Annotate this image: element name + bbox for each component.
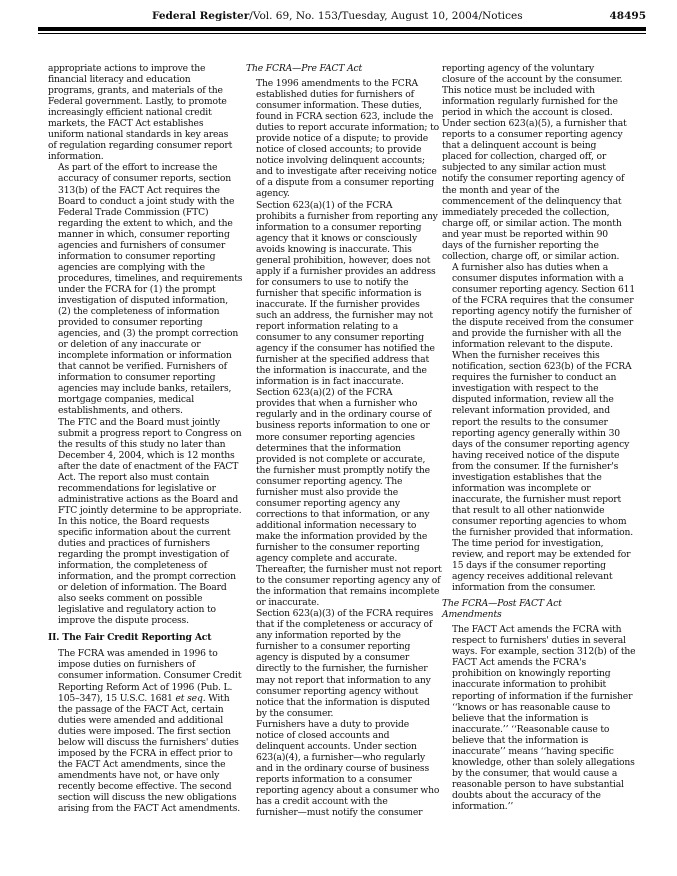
text-line: procedures, timelines, and requirements bbox=[48, 273, 240, 284]
text-line: duties and practices of furnishers bbox=[48, 538, 240, 549]
text-line: agencies, and (3) the prompt correction bbox=[48, 328, 240, 339]
text-line: consumer reporting agency any bbox=[246, 498, 438, 509]
text-line: incomplete information or information bbox=[48, 350, 240, 361]
text-line: notice that the information is disputed bbox=[246, 697, 438, 708]
text-line: regularly and in the ordinary course of bbox=[246, 409, 438, 420]
text-line: that a delinquent account is being bbox=[442, 140, 642, 151]
text-line: accuracy of consumer reports, section bbox=[48, 173, 240, 184]
text-line: duties were imposed. The first section bbox=[48, 726, 240, 737]
text-line: investigation of disputed information, bbox=[48, 295, 240, 306]
running-head-title: Federal Register/Vol. 69, No. 153/Tuesda… bbox=[152, 10, 523, 22]
text-line: information, and the prompt correction bbox=[48, 571, 240, 582]
text-line: delinquent accounts. Under section bbox=[246, 741, 438, 752]
text-line: prohibition on knowingly reporting bbox=[442, 668, 642, 679]
text-line: reports information to a consumer bbox=[246, 774, 438, 785]
text-line: or deletion of any inaccurate or bbox=[48, 339, 240, 350]
text-line: corrections to that information, or any bbox=[246, 509, 438, 520]
text-line: Furnishers have a duty to provide bbox=[246, 719, 438, 730]
text-line: uniform national standards in key areas bbox=[48, 129, 240, 140]
text-line: improve the dispute process. bbox=[48, 615, 240, 626]
text-line: any information reported by the bbox=[246, 630, 438, 641]
text-line: Federal government. Lastly, to promote bbox=[48, 96, 240, 107]
paragraph: Section 623(a)(3) of the FCRA requiresth… bbox=[246, 608, 438, 718]
text-line: the information that remains incomplete bbox=[246, 586, 438, 597]
text-line: requires the furnisher to conduct an bbox=[442, 372, 642, 383]
text-line: Under section 623(a)(5), a furnisher tha… bbox=[442, 118, 642, 129]
text-line: When the furnisher receives this bbox=[442, 350, 642, 361]
text-line: respect to furnishers' duties in several bbox=[442, 635, 642, 646]
paragraph: The FCRA was amended in 1996 toimpose du… bbox=[48, 648, 240, 814]
text-line: of regulation regarding consumer report bbox=[48, 140, 240, 151]
text-line: of the FCRA requires that the consumer bbox=[442, 295, 642, 306]
paragraph: The 1996 amendments to the FCRAestablish… bbox=[246, 78, 438, 200]
text-line: mortgage companies, medical bbox=[48, 394, 240, 405]
text-line: recently become effective. The second bbox=[48, 781, 240, 792]
paragraph: Furnishers have a duty to providenotice … bbox=[246, 719, 438, 818]
header-rule-thin bbox=[38, 33, 646, 34]
text-line: information, the completeness of bbox=[48, 560, 240, 571]
text-line: review, and report may be extended for bbox=[442, 549, 642, 560]
text-line: submit a progress report to Congress on bbox=[48, 428, 240, 439]
text-line: by the consumer. bbox=[246, 708, 438, 719]
text-line: A furnisher also has duties when a bbox=[442, 262, 642, 273]
text-line: investigation with respect to the bbox=[442, 383, 642, 394]
text-line: reasonable person to have substantial bbox=[442, 779, 642, 790]
text-line: general prohibition, however, does not bbox=[246, 255, 438, 266]
text-line: the passage of the FACT Act, certain bbox=[48, 704, 240, 715]
text-line: the furnisher provided that information. bbox=[442, 527, 642, 538]
paragraph: Section 623(a)(1) of the FCRAprohibits a… bbox=[246, 200, 438, 388]
text-line: ‘‘knows or has reasonable cause to bbox=[442, 702, 642, 713]
subsection-heading: The FCRA—Pre FACT Act bbox=[246, 63, 438, 74]
text-line: information relevant to the dispute. bbox=[442, 339, 642, 350]
text-line: appropriate actions to improve the bbox=[48, 63, 240, 74]
text-line: collection, charge off, or similar actio… bbox=[442, 251, 642, 262]
paragraph: reporting agency of the voluntaryclosure… bbox=[442, 63, 642, 262]
text-line: notify the consumer reporting agency of bbox=[442, 173, 642, 184]
text-line: placed for collection, charged off, or bbox=[442, 151, 642, 162]
paragraph: The FACT Act amends the FCRA withrespect… bbox=[442, 624, 642, 812]
section-heading: II. The Fair Credit Reporting Act bbox=[48, 632, 240, 643]
text-line: the furnisher must promptly notify the bbox=[246, 465, 438, 476]
text-line: days of the consumer reporting agency bbox=[442, 439, 642, 450]
text-line: imposed by the FCRA in effect prior to bbox=[48, 748, 240, 759]
text-line: 105–347), 15 U.S.C. 1681 et seq. With bbox=[48, 693, 240, 704]
text-line: and provide the furnisher with all the bbox=[442, 328, 642, 339]
page-header: Federal Register/Vol. 69, No. 153/Tuesda… bbox=[38, 0, 646, 60]
text-line: for consumers to use to notify the bbox=[246, 277, 438, 288]
text-line: reports to a consumer reporting agency bbox=[442, 129, 642, 140]
running-head: Federal Register/Vol. 69, No. 153/Tuesda… bbox=[38, 10, 646, 24]
text-line: consumer reporting agency. Section 611 bbox=[442, 284, 642, 295]
text-line: additional information necessary to bbox=[246, 520, 438, 531]
text-line: information. bbox=[48, 151, 240, 162]
text-line: from the consumer. If the furnisher's bbox=[442, 461, 642, 472]
text-line: agencies are complying with the bbox=[48, 262, 240, 273]
text-line: under the FCRA for (1) the prompt bbox=[48, 284, 240, 295]
text-line: provides that when a furnisher who bbox=[246, 398, 438, 409]
text-line: after the date of enactment of the FACT bbox=[48, 461, 240, 472]
text-line: directly to the furnisher, the furnisher bbox=[246, 663, 438, 674]
text-line: Section 623(a)(2) of the FCRA bbox=[246, 387, 438, 398]
text-line: prohibits a furnisher from reporting any bbox=[246, 211, 438, 222]
text-line: Section 623(a)(3) of the FCRA requires bbox=[246, 608, 438, 619]
paragraph: Section 623(a)(2) of the FCRAprovides th… bbox=[246, 387, 438, 608]
text-line: believe that the information is bbox=[442, 713, 642, 724]
text-line: reporting agency of the voluntary bbox=[442, 63, 642, 74]
latin-term: et seq. bbox=[176, 693, 206, 704]
text-line: having received notice of the dispute bbox=[442, 450, 642, 461]
text-line: consumer information. These duties, bbox=[246, 100, 438, 111]
text-line: the results of this study no later than bbox=[48, 439, 240, 450]
text-line: Board to conduct a joint study with the bbox=[48, 196, 240, 207]
text-line: that result to all other nationwide bbox=[442, 505, 642, 516]
text-line: inaccurate.’’ ‘‘Reasonable cause to bbox=[442, 724, 642, 735]
text-line: consumer reporting agencies to whom bbox=[442, 516, 642, 527]
text-line: Thereafter, the furnisher must not repor… bbox=[246, 564, 438, 575]
text-line: regarding the extent to which, and the bbox=[48, 218, 240, 229]
text-line: inaccurate. If the furnisher provides bbox=[246, 299, 438, 310]
text-line: charge off, or similar action. The month bbox=[442, 218, 642, 229]
text-line: establishments, and others. bbox=[48, 405, 240, 416]
text-line: notice of closed accounts; to provide bbox=[246, 144, 438, 155]
text-line: disputed information, review all the bbox=[442, 394, 642, 405]
text-line: consumer reporting agency without bbox=[246, 686, 438, 697]
text-line: duties to report accurate information; t… bbox=[246, 122, 438, 133]
paragraph: As part of the effort to increase theacc… bbox=[48, 162, 240, 416]
text-line: reporting agency generally within 30 bbox=[442, 428, 642, 439]
text-line: This notice must be included with bbox=[442, 85, 642, 96]
text-line: furnisher at the specified address that bbox=[246, 354, 438, 365]
column-2: The FCRA—Pre FACT ActThe 1996 amendments… bbox=[246, 63, 438, 818]
text-line: agency receives additional relevant bbox=[442, 571, 642, 582]
header-rule-thick bbox=[38, 27, 646, 31]
text-line: to the consumer reporting agency any of bbox=[246, 575, 438, 586]
text-line: notice involving delinquent accounts; bbox=[246, 155, 438, 166]
text-line: closure of the account by the consumer. bbox=[442, 74, 642, 85]
text-line: inaccurate, the furnisher must report bbox=[442, 494, 642, 505]
text-line: furnisher must also provide the bbox=[246, 487, 438, 498]
text-line: business reports information to one or bbox=[246, 420, 438, 431]
text-line: period in which the account is closed. bbox=[442, 107, 642, 118]
text-line: The FACT Act amends the FCRA with bbox=[442, 624, 642, 635]
text-line: agency complete and accurate. bbox=[246, 553, 438, 564]
text-line: The FCRA was amended in 1996 to bbox=[48, 648, 240, 659]
text-line: believe that the information is bbox=[442, 735, 642, 746]
text-line: more consumer reporting agencies bbox=[246, 432, 438, 443]
issue-details: /Vol. 69, No. 153/Tuesday, August 10, 20… bbox=[249, 10, 522, 22]
text-line: agencies may include banks, retailers, bbox=[48, 383, 240, 394]
text-line: programs, grants, and materials of the bbox=[48, 85, 240, 96]
text-line: notice of closed accounts and bbox=[246, 730, 438, 741]
text-line: reporting agency about a consumer who bbox=[246, 785, 438, 796]
text-line: that cannot be verified. Furnishers of bbox=[48, 361, 240, 372]
text-line: ways. For example, section 312(b) of the bbox=[442, 646, 642, 657]
text-line: consumer to any consumer reporting bbox=[246, 332, 438, 343]
text-line: inaccurate’’ means ‘‘having specific bbox=[442, 746, 642, 757]
text-line: such an address, the furnisher may not bbox=[246, 310, 438, 321]
text-line: of a dispute from a consumer reporting bbox=[246, 177, 438, 188]
paragraph: In this notice, the Board requestsspecif… bbox=[48, 516, 240, 626]
text-line: recommendations for legislative or bbox=[48, 483, 240, 494]
text-line: the FACT Act amendments, since the bbox=[48, 759, 240, 770]
text-line: 313(b) of the FACT Act requires the bbox=[48, 185, 240, 196]
text-line: duties were amended and additional bbox=[48, 715, 240, 726]
text-line: furnisher that specific information is bbox=[246, 288, 438, 299]
text-line: agency that it knows or consciously bbox=[246, 233, 438, 244]
text-line: may not report that information to any bbox=[246, 675, 438, 686]
text-line: information is in fact inaccurate. bbox=[246, 376, 438, 387]
text-line: regarding the prompt investigation of bbox=[48, 549, 240, 560]
text-line: 623(a)(4), a furnisher—who regularly bbox=[246, 752, 438, 763]
text-line: consumer information. Consumer Credit bbox=[48, 670, 240, 681]
text-line: inaccurate information to prohibit bbox=[442, 679, 642, 690]
text-line: information.’’ bbox=[442, 801, 642, 812]
text-line: information from the consumer. bbox=[442, 582, 642, 593]
text-line: that if the completeness or accuracy of bbox=[246, 619, 438, 630]
text-line: established duties for furnishers of bbox=[246, 89, 438, 100]
text-line: reporting of information if the furnishe… bbox=[442, 691, 642, 702]
text-line: information was incomplete or bbox=[442, 483, 642, 494]
text-line: 15 days if the consumer reporting bbox=[442, 560, 642, 571]
text-line: and to investigate after receiving notic… bbox=[246, 166, 438, 177]
text-line: Reporting Reform Act of 1996 (Pub. L. bbox=[48, 682, 240, 693]
text-line: consumer disputes information with a bbox=[442, 273, 642, 284]
paragraph: A furnisher also has duties when aconsum… bbox=[442, 262, 642, 593]
text-line: impose duties on furnishers of bbox=[48, 659, 240, 670]
heading-line: Amendments bbox=[442, 609, 642, 620]
text-line: also seeks comment on possible bbox=[48, 593, 240, 604]
text-line: consumer reporting agency. The bbox=[246, 476, 438, 487]
text-line: agency. bbox=[246, 188, 438, 199]
text-line: has a credit account with the bbox=[246, 796, 438, 807]
text-line: markets, the FACT Act establishes bbox=[48, 118, 240, 129]
text-line: reporting agency notify the furnisher of bbox=[442, 306, 642, 317]
text-line: manner in which, consumer reporting bbox=[48, 229, 240, 240]
text-line: days of the furnisher reporting the bbox=[442, 240, 642, 251]
text-line: The 1996 amendments to the FCRA bbox=[246, 78, 438, 89]
text-line: investigation establishes that the bbox=[442, 472, 642, 483]
text-line: information to consumer reporting bbox=[48, 251, 240, 262]
text-line: report information relating to a bbox=[246, 321, 438, 332]
text-line: furnisher to a consumer reporting bbox=[246, 641, 438, 652]
text-line: avoids knowing is inaccurate. This bbox=[246, 244, 438, 255]
text-line: doubts about the accuracy of the bbox=[442, 790, 642, 801]
text-line: FTC jointly determine to be appropriate. bbox=[48, 505, 240, 516]
heading-line: The FCRA—Post FACT Act bbox=[442, 598, 642, 609]
subsection-heading: The FCRA—Post FACT ActAmendments bbox=[442, 598, 642, 620]
text-line: furnisher—must notify the consumer bbox=[246, 807, 438, 818]
paragraph: appropriate actions to improve thefinanc… bbox=[48, 63, 240, 162]
text-line: specific information about the current bbox=[48, 527, 240, 538]
text-line: agency if the consumer has notified the bbox=[246, 343, 438, 354]
text-line: section will discuss the new obligations bbox=[48, 792, 240, 803]
text-line: or inaccurate. bbox=[246, 597, 438, 608]
text-line: commencement of the delinquency that bbox=[442, 196, 642, 207]
text-line: report the results to the consumer bbox=[442, 417, 642, 428]
page-number: 48495 bbox=[609, 10, 646, 22]
column-3: reporting agency of the voluntaryclosure… bbox=[442, 63, 642, 812]
text-line: the month and year of the bbox=[442, 185, 642, 196]
text-line: relevant information provided, and bbox=[442, 405, 642, 416]
text-line: information to a consumer reporting bbox=[246, 222, 438, 233]
text-line: furnisher to the consumer reporting bbox=[246, 542, 438, 553]
text-line: agencies and furnishers of consumer bbox=[48, 240, 240, 251]
text-line: found in FCRA section 623, include the bbox=[246, 111, 438, 122]
text-line: apply if a furnisher provides an address bbox=[246, 266, 438, 277]
text-line: The FTC and the Board must jointly bbox=[48, 417, 240, 428]
text-line: and in the ordinary course of business bbox=[246, 763, 438, 774]
paragraph: The FTC and the Board must jointlysubmit… bbox=[48, 417, 240, 516]
text-line: December 4, 2004, which is 12 months bbox=[48, 450, 240, 461]
text-line: immediately preceded the collection, bbox=[442, 207, 642, 218]
text-line: notification, section 623(b) of the FCRA bbox=[442, 361, 642, 372]
text-line: legislative and regulatory action to bbox=[48, 604, 240, 615]
text-line: The time period for investigation, bbox=[442, 538, 642, 549]
text-line: provide notice of a dispute; to provide bbox=[246, 133, 438, 144]
text-line: Section 623(a)(1) of the FCRA bbox=[246, 200, 438, 211]
text-line: determines that the information bbox=[246, 443, 438, 454]
text-line: Federal Trade Commission (FTC) bbox=[48, 207, 240, 218]
text-line: amendments have not, or have only bbox=[48, 770, 240, 781]
text-line: FACT Act amends the FCRA's bbox=[442, 657, 642, 668]
text-line: subjected to any similar action must bbox=[442, 162, 642, 173]
text-line: or deletion of information. The Board bbox=[48, 582, 240, 593]
text-line: provided to consumer reporting bbox=[48, 317, 240, 328]
text-line: make the information provided by the bbox=[246, 531, 438, 542]
text-line: Act. The report also must contain bbox=[48, 472, 240, 483]
text-line: financial literacy and education bbox=[48, 74, 240, 85]
text-line: In this notice, the Board requests bbox=[48, 516, 240, 527]
text-line: As part of the effort to increase the bbox=[48, 162, 240, 173]
text-line: increasingly efficient national credit bbox=[48, 107, 240, 118]
text-line: and year must be reported within 90 bbox=[442, 229, 642, 240]
publication-name: Federal Register bbox=[152, 10, 249, 22]
column-1: appropriate actions to improve thefinanc… bbox=[48, 63, 240, 814]
text-line: by the consumer, that would cause a bbox=[442, 768, 642, 779]
text-line: the information is inaccurate, and the bbox=[246, 365, 438, 376]
text-line: the dispute received from the consumer bbox=[442, 317, 642, 328]
text-line: agency is disputed by a consumer bbox=[246, 652, 438, 663]
text-line: arising from the FACT Act amendments. bbox=[48, 803, 240, 814]
text-line: administrative actions as the Board and bbox=[48, 494, 240, 505]
text-line: provided is not complete or accurate, bbox=[246, 454, 438, 465]
text-line: information to consumer reporting bbox=[48, 372, 240, 383]
text-line: knowledge, other than solely allegations bbox=[442, 757, 642, 768]
text-line: (2) the completeness of information bbox=[48, 306, 240, 317]
text-line: information regularly furnished for the bbox=[442, 96, 642, 107]
text-line: below will discuss the furnishers' dutie… bbox=[48, 737, 240, 748]
